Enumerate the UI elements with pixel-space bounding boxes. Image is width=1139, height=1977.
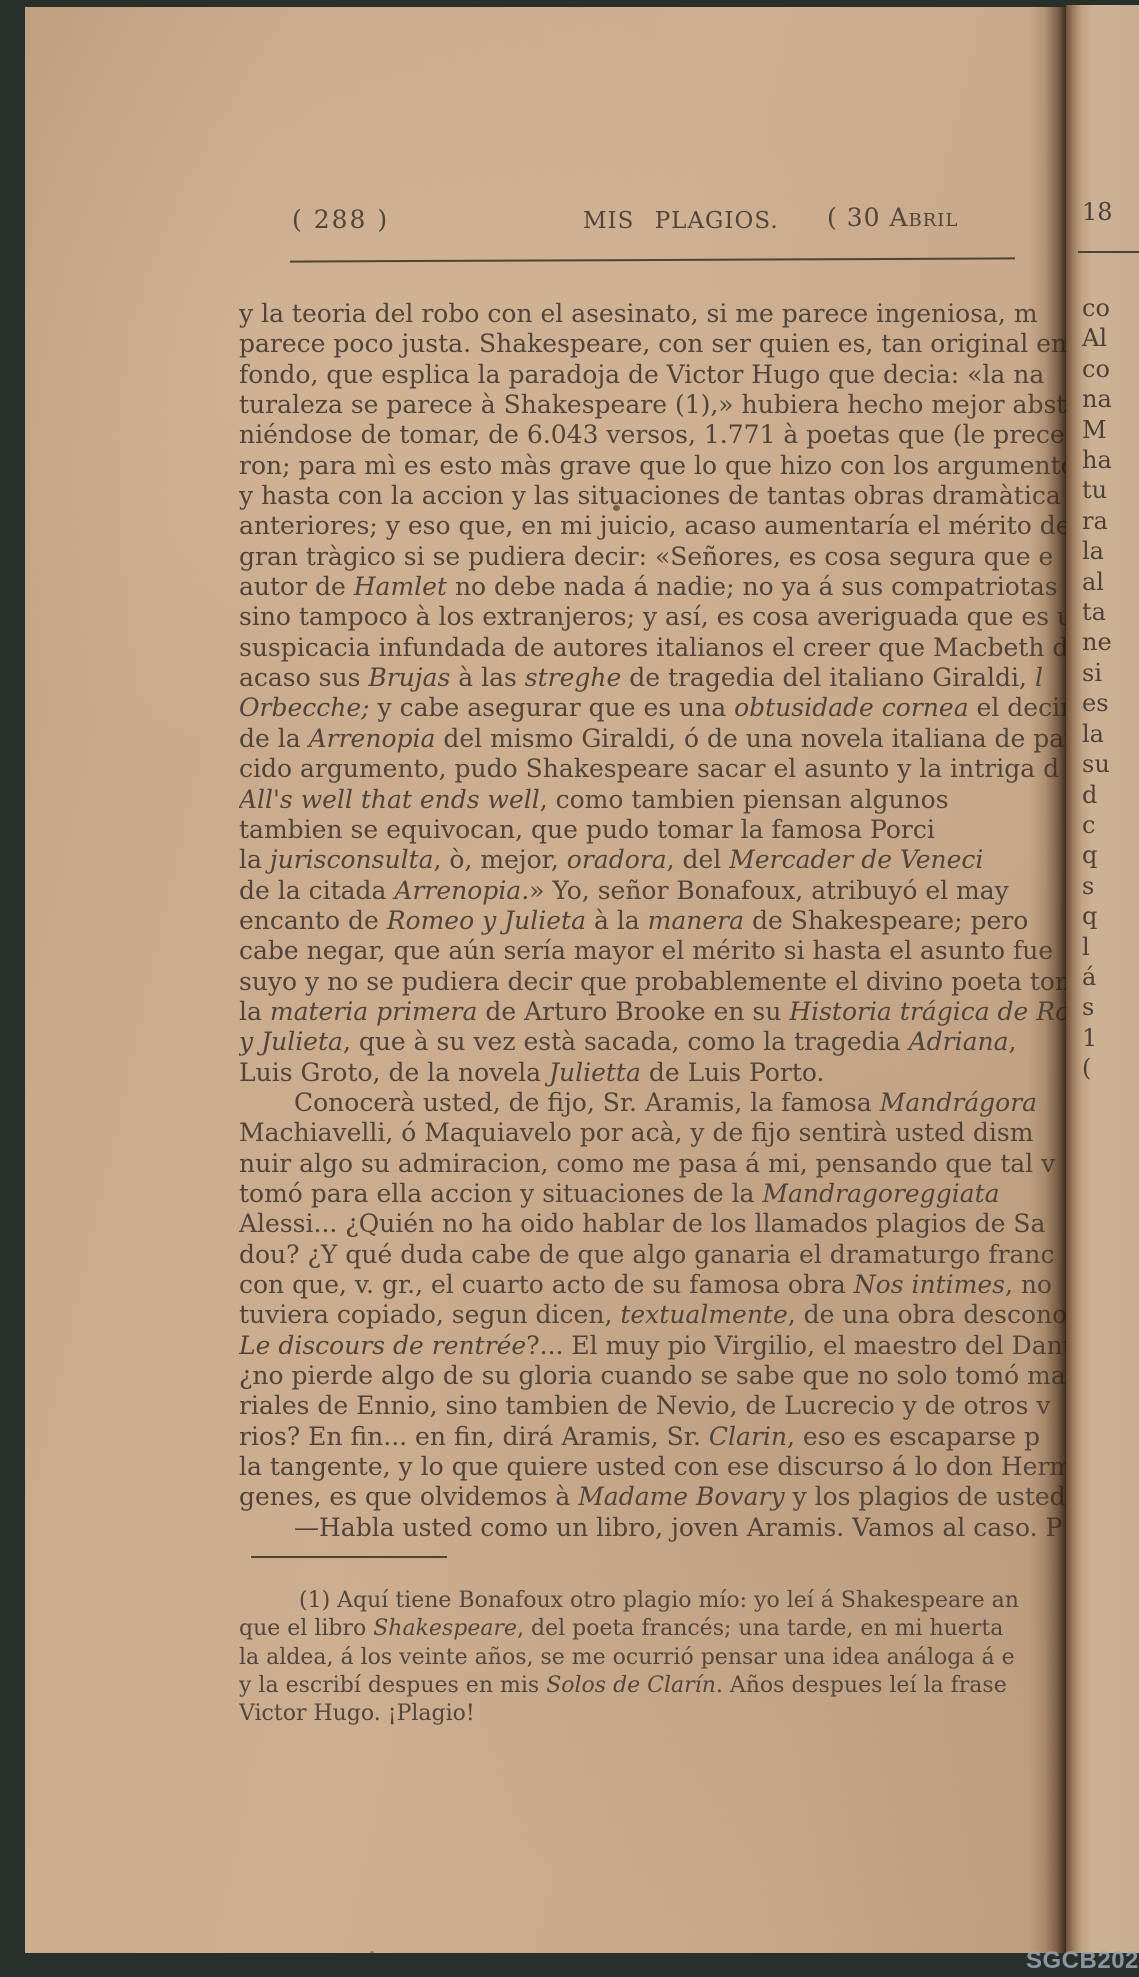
text-line: turaleza se parece à Shakespeare (1),» h…	[239, 390, 1066, 420]
text-line-fragment: á	[1082, 962, 1112, 992]
next-page-number-fragment: 18	[1082, 198, 1113, 226]
text-line-fragment: c	[1082, 810, 1112, 840]
text-line: tuviera copiado, segun dicen, textualmen…	[239, 1300, 1066, 1330]
text-line-fragment: co	[1082, 293, 1112, 323]
text-line-fragment: s	[1082, 871, 1112, 901]
text-line: Alessi... ¿Quién no ha oido hablar de lo…	[239, 1209, 1066, 1239]
text-line: de la citada Arrenopia.» Yo, señor Bonaf…	[239, 876, 1066, 906]
text-line-fragment: s	[1082, 992, 1112, 1022]
text-line: fondo, que esplica la paradoja de Victor…	[239, 360, 1066, 390]
text-line: de la Arrenopia del mismo Giraldi, ó de …	[239, 724, 1066, 754]
text-line: Le discours de rentrée?... El muy pio Vi…	[239, 1331, 1066, 1361]
text-line: la jurisconsulta, ò, mejor, oradora, del…	[239, 845, 1066, 875]
text-line: autor de Hamlet no debe nada á nadie; no…	[239, 572, 1066, 602]
text-line: la aldea, á los veinte años, se me ocurr…	[239, 1644, 1066, 1672]
text-line: riales de Ennio, sino tambien de Nevio, …	[239, 1391, 1066, 1421]
text-line: sino tampoco à los extranjeros; y así, e…	[239, 602, 1066, 632]
text-line: y hasta con la accion y las situaciones …	[239, 481, 1066, 511]
text-line: Conocerà usted, de fijo, Sr. Aramis, la …	[239, 1088, 1066, 1118]
watermark: SGCB2021	[1026, 1947, 1139, 1975]
text-line-fragment: ha	[1082, 445, 1112, 475]
text-line-fragment: su	[1082, 749, 1112, 779]
text-line: con que, v. gr., el cuarto acto de su fa…	[239, 1270, 1066, 1300]
text-line-fragment: si	[1082, 658, 1112, 688]
next-page-text-fragments: coAlconaMhaturalaaltanesieslasudcqsqlás1…	[1082, 293, 1112, 1084]
text-line: rios? En fin... en fin, dirá Aramis, Sr.…	[239, 1422, 1066, 1452]
text-line: y la teoria del robo con el asesinato, s…	[239, 299, 1066, 329]
footnote-rule	[251, 1556, 447, 1558]
text-line-fragment: co	[1082, 354, 1112, 384]
text-line: Victor Hugo. ¡Plagio!	[239, 1700, 1066, 1728]
text-line: encanto de Romeo y Julieta à la manera d…	[239, 906, 1066, 936]
text-line: Orbecche; y cabe asegurar que es una obt…	[239, 693, 1066, 723]
running-title: MIS PLAGIOS.	[583, 208, 779, 234]
text-line-fragment: al	[1082, 567, 1112, 597]
text-line: anteriores; y eso que, en mi juicio, aca…	[239, 511, 1066, 541]
body-text: y la teoria del robo con el asesinato, s…	[239, 299, 1066, 1543]
text-line-fragment: ne	[1082, 627, 1112, 657]
text-line: Luis Groto, de la novela Julietta de Lui…	[239, 1058, 1066, 1088]
text-line-fragment: (	[1082, 1053, 1112, 1083]
text-line-fragment: Al	[1082, 323, 1112, 353]
text-line: acaso sus Brujas à las streghe de traged…	[239, 663, 1066, 693]
text-line: la tangente, y lo que quiere usted con e…	[239, 1452, 1066, 1482]
text-line-fragment: ra	[1082, 506, 1112, 536]
text-line-fragment: M	[1082, 415, 1112, 445]
header-rule	[290, 257, 1015, 262]
book-page: ( 288 ) MIS PLAGIOS. ( 30 Abril y la teo…	[25, 7, 1066, 1953]
text-line-fragment: na	[1082, 384, 1112, 414]
page-number: ( 288 )	[292, 205, 389, 234]
footnote: (1) Aquí tiene Bonafoux otro plagio mío:…	[239, 1587, 1066, 1728]
text-line-fragment: 1	[1082, 1023, 1112, 1053]
paper-speck	[613, 505, 620, 511]
text-line: la materia primera de Arturo Brooke en s…	[239, 997, 1066, 1027]
text-line: niéndose de tomar, de 6.043 versos, 1.77…	[239, 420, 1066, 450]
text-line: suspicacia infundada de autores italiano…	[239, 633, 1066, 663]
text-line: y Julieta, que à su vez està sacada, com…	[239, 1027, 1066, 1057]
paper-speck	[730, 1079, 733, 1082]
text-line: gran tràgico si se pudiera decir: «Señor…	[239, 542, 1066, 572]
text-line: cabe negar, que aún sería mayor el mérit…	[239, 936, 1066, 966]
text-line: nuir algo su admiracion, como me pasa á …	[239, 1149, 1066, 1179]
text-line: que el libro Shakespeare, del poeta fran…	[239, 1615, 1066, 1643]
text-line-fragment: q	[1082, 840, 1112, 870]
text-line-fragment: tu	[1082, 475, 1112, 505]
paper-speck	[370, 1951, 374, 1953]
header-date: ( 30 Abril	[827, 203, 958, 232]
text-line: —Habla usted como un libro, joven Aramis…	[239, 1513, 1066, 1543]
text-line-fragment: q	[1082, 901, 1112, 931]
text-line: Machiavelli, ó Maquiavelo por acà, y de …	[239, 1118, 1066, 1148]
text-line: cido argumento, pudo Shakespeare sacar e…	[239, 754, 1066, 784]
text-line-fragment: ta	[1082, 597, 1112, 627]
next-page-edge: 18 coAlconaMhaturalaaltanesieslasudcqsql…	[1066, 5, 1139, 1953]
text-line: All's well that ends well, como tambien …	[239, 785, 1066, 815]
text-line: tambien se equivocan, que pudo tomar la …	[239, 815, 1066, 845]
text-line-fragment: d	[1082, 780, 1112, 810]
text-line-fragment: la	[1082, 536, 1112, 566]
text-line: parece poco justa. Shakespeare, con ser …	[239, 329, 1066, 359]
gutter-shadow	[1028, 7, 1066, 1953]
text-line: ron; para mì es esto màs grave que lo qu…	[239, 451, 1066, 481]
text-line: genes, es que olvidemos à Madame Bovary …	[239, 1482, 1066, 1512]
text-line-fragment: l	[1082, 932, 1112, 962]
text-line: dou? ¿Y qué duda cabe de que algo ganari…	[239, 1240, 1066, 1270]
text-line-fragment: es	[1082, 688, 1112, 718]
text-line: suyo y no se pudiera decir que probablem…	[239, 967, 1066, 997]
text-line: y la escribí despues en mis Solos de Cla…	[239, 1672, 1066, 1700]
text-line: (1) Aquí tiene Bonafoux otro plagio mío:…	[239, 1587, 1066, 1615]
next-page-header-rule	[1078, 251, 1139, 253]
text-line: tomó para ella accion y situaciones de l…	[239, 1179, 1066, 1209]
text-line: ¿no pierde algo de su gloria cuando se s…	[239, 1361, 1066, 1391]
scanned-document: ( 288 ) MIS PLAGIOS. ( 30 Abril y la teo…	[0, 0, 1139, 1977]
text-line-fragment: la	[1082, 719, 1112, 749]
